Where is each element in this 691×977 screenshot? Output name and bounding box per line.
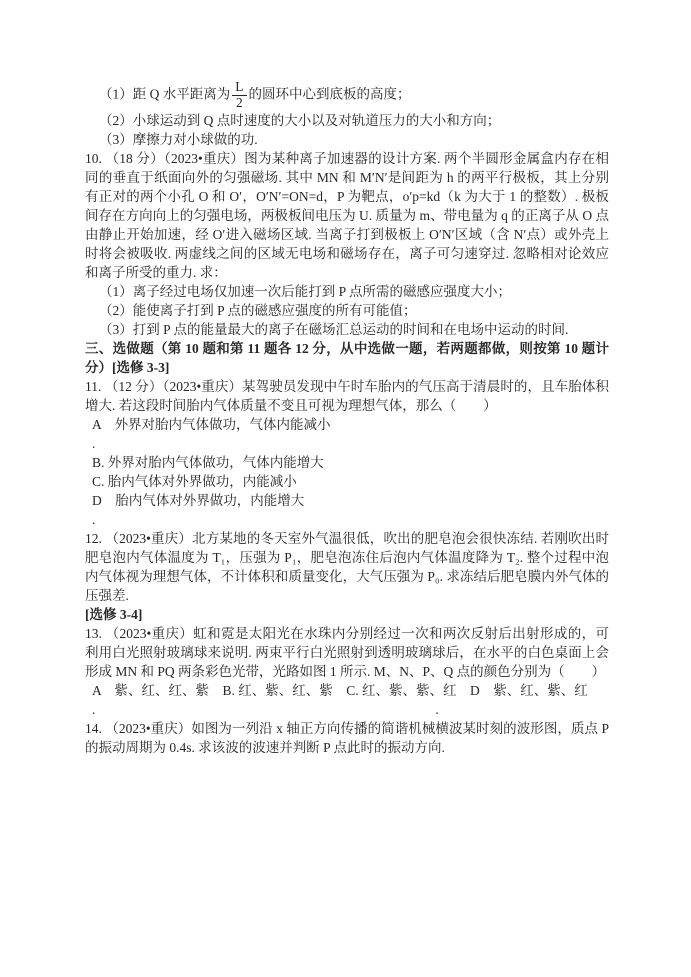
question9-part1: （1）距 Q 水平距离为L2的圆环中心到底板的高度； [85, 80, 609, 111]
fraction-denominator: 2 [232, 96, 246, 111]
question11-option-a: A 外界对胎内气体做功，气体内能减小 [85, 415, 609, 434]
question11-option-d: D 胎内气体对外界做功，内能增大 [85, 491, 609, 510]
question9-part2: （2）小球运动到 Q 点时速度的大小以及对轨道压力的大小和方向； [85, 111, 609, 130]
question10-part3: （3）打到 P 点的能量最大的离子在磁场汇总运动的时间和在电场中运动的时间. [85, 320, 609, 339]
question14-body: 14. （2023•重庆）如图为一列沿 x 轴正方向传播的简谐机械横波某时刻的波… [85, 719, 609, 757]
question11-option-b: B. 外界对胎内气体做功，气体内能增大 [85, 453, 609, 472]
section3-choice-header: 三、选做题（第 10 题和第 11 题各 12 分，从中选做一题，若两题都做，则… [85, 339, 609, 377]
question11-body: 11. （12 分）（2023•重庆）某驾驶员发现中午时车胎内的气压高于清晨时的… [85, 377, 609, 415]
fraction-numerator: L [232, 80, 246, 96]
question10-part1: （1）离子经过电场仅加速一次后能打到 P 点所需的磁感应强度大小； [85, 282, 609, 301]
exam-content: （1）距 Q 水平距离为L2的圆环中心到底板的高度； （2）小球运动到 Q 点时… [85, 80, 609, 757]
question9-part3: （3）摩擦力对小球做的功. [85, 130, 609, 149]
question13-options-line: A 紫、红、红、紫 B. 红、紫、红、紫 C. 红、紫、紫、红 D 紫、红、紫、… [85, 681, 609, 700]
stray-period: . [85, 510, 609, 529]
section34-header: [选修 3-4] [85, 605, 609, 624]
question10-part2: （2）能使离子打到 P 点的磁感应强度的所有可能值； [85, 301, 609, 320]
stray-period: . [85, 434, 609, 453]
question9-part1-prefix: （1）距 Q 水平距离为 [99, 86, 230, 101]
fraction-l-over-2: L2 [231, 80, 247, 111]
stray-period-row: .. [85, 700, 609, 719]
stray-period: . [92, 700, 95, 719]
question10-body: 10. （18 分）（2023•重庆）图为某种离子加速器的设计方案. 两个半圆形… [85, 149, 609, 282]
question13-body: 13. （2023•重庆）虹和霓是太阳光在水珠内分别经过一次和两次反射后出射形成… [85, 624, 609, 681]
stray-period: . [435, 700, 438, 719]
question11-option-c: C. 胎内气体对外界做功，内能减小 [85, 472, 609, 491]
question9-part1-suffix: 的圆环中心到底板的高度； [249, 86, 411, 101]
question12-body: 12. （2023•重庆）北方某地的冬天室外气温很低，吹出的肥皂泡会很快冻结. … [85, 529, 609, 605]
